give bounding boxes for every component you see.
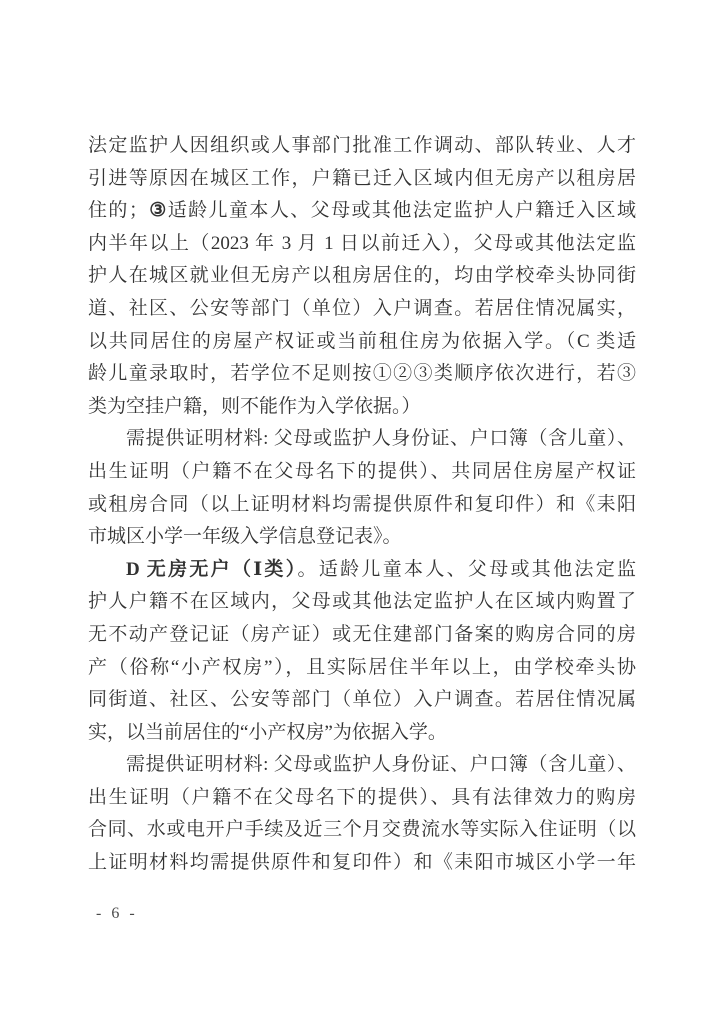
text-segment: 或租房合同（以上证明材料均需提供原件和复印件）和《耒阳	[88, 494, 636, 515]
text-segment: 内半年以上（2023 年 3 月 1 日以前迁入），父母或其他法定监	[88, 233, 636, 254]
text-segment: 护人在城区就业但无房产以租房居住的，均由学校牵头协同街	[88, 265, 636, 286]
text-segment: 法定监护人因组织或人事部门批准工作调动、部队转业、人才	[88, 135, 636, 156]
text-segment: 以共同居住的房屋产权证或当前租住房为依据入学。（C 类适	[88, 331, 636, 352]
text-line: 引进等原因在城区工作，户籍已迁入区域内但无房产以租房居	[88, 163, 636, 196]
text-line: 住的；③适龄儿童本人、父母或其他法定监护人户籍迁入区域	[88, 195, 636, 228]
paragraph: 法定监护人因组织或人事部门批准工作调动、部队转业、人才引进等原因在城区工作，户籍…	[88, 130, 636, 423]
text-segment: 出生证明（户籍不在父母名下的提供）、具有法律效力的购房	[88, 787, 636, 808]
text-segment: 需提供证明材料: 父母或监护人身份证、户口簿（含儿童）、	[126, 428, 636, 449]
text-line: 上证明材料均需提供原件和复印件）和《耒阳市城区小学一年	[88, 847, 636, 880]
text-segment: 道、社区、公安等部门（单位）入户调查。若居住情况属实，	[88, 298, 636, 319]
paragraph: D 无房无户（Ⅰ类）。适龄儿童本人、父母或其他法定监护人户籍不在区域内，父母或其…	[88, 554, 636, 750]
document-content: 法定监护人因组织或人事部门批准工作调动、部队转业、人才引进等原因在城区工作，户籍…	[88, 130, 636, 880]
text-segment: 产（俗称“小产权房”），且实际居住半年以上，由学校牵头协	[88, 657, 636, 678]
text-line: 出生证明（户籍不在父母名下的提供）、具有法律效力的购房	[88, 782, 636, 815]
text-segment-bold: ③	[148, 200, 168, 221]
text-segment: 需提供证明材料: 父母或监护人身份证、户口簿（含儿童）、	[126, 754, 636, 775]
text-line: 内半年以上（2023 年 3 月 1 日以前迁入），父母或其他法定监	[88, 228, 636, 261]
text-line: 护人户籍不在区域内，父母或其他法定监护人在区域内购置了	[88, 586, 636, 619]
text-segment: 引进等原因在城区工作，户籍已迁入区域内但无房产以租房居	[88, 168, 636, 189]
text-segment: 出生证明（户籍不在父母名下的提供）、共同居住房屋产权证	[88, 461, 636, 482]
text-line: 产（俗称“小产权房”），且实际居住半年以上，由学校牵头协	[88, 652, 636, 685]
text-segment: 上证明材料均需提供原件和复印件）和《耒阳市城区小学一年	[88, 852, 636, 873]
text-segment: 同街道、社区、公安等部门（单位）入户调查。若居住情况属	[88, 689, 636, 710]
text-line: 以共同居住的房屋产权证或当前租住房为依据入学。（C 类适	[88, 326, 636, 359]
text-line: 出生证明（户籍不在父母名下的提供）、共同居住房屋产权证	[88, 456, 636, 489]
paragraph: 需提供证明材料: 父母或监护人身份证、户口簿（含儿童）、出生证明（户籍不在父母名…	[88, 749, 636, 879]
text-line: 需提供证明材料: 父母或监护人身份证、户口簿（含儿童）、	[88, 423, 636, 456]
text-segment: 类为空挂户籍，则不能作为入学依据。）	[88, 396, 421, 417]
text-segment: 无不动产登记证（房产证）或无住建部门备案的购房合同的房	[88, 624, 636, 645]
text-line: 同街道、社区、公安等部门（单位）入户调查。若居住情况属	[88, 684, 636, 717]
text-segment: 实，以当前居住的“小产权房”为依据入学。	[88, 722, 447, 743]
text-segment: 市城区小学一年级入学信息登记表》。	[88, 526, 402, 547]
text-line: 护人在城区就业但无房产以租房居住的，均由学校牵头协同街	[88, 260, 636, 293]
document-page: 法定监护人因组织或人事部门批准工作调动、部队转业、人才引进等原因在城区工作，户籍…	[0, 0, 720, 1019]
text-line: 无不动产登记证（房产证）或无住建部门备案的购房合同的房	[88, 619, 636, 652]
text-line: 或租房合同（以上证明材料均需提供原件和复印件）和《耒阳	[88, 489, 636, 522]
text-segment: 住的；	[88, 200, 148, 221]
text-line: 合同、水或电开户手续及近三个月交费流水等实际入住证明（以	[88, 814, 636, 847]
text-line: D 无房无户（Ⅰ类）。适龄儿童本人、父母或其他法定监	[88, 554, 636, 587]
text-segment: 合同、水或电开户手续及近三个月交费流水等实际入住证明（以	[88, 819, 636, 840]
text-line: 类为空挂户籍，则不能作为入学依据。）	[88, 391, 636, 424]
text-segment: 龄儿童录取时，若学位不足则按①②③类顺序依次进行，若③	[88, 363, 636, 384]
text-segment: 护人户籍不在区域内，父母或其他法定监护人在区域内购置了	[88, 591, 636, 612]
text-line: 实，以当前居住的“小产权房”为依据入学。	[88, 717, 636, 750]
paragraph: 需提供证明材料: 父母或监护人身份证、户口簿（含儿童）、出生证明（户籍不在父母名…	[88, 423, 636, 553]
text-line: 需提供证明材料: 父母或监护人身份证、户口簿（含儿童）、	[88, 749, 636, 782]
text-line: 法定监护人因组织或人事部门批准工作调动、部队转业、人才	[88, 130, 636, 163]
text-line: 龄儿童录取时，若学位不足则按①②③类顺序依次进行，若③	[88, 358, 636, 391]
text-segment-bold: D 无房无户（Ⅰ类）	[126, 559, 298, 580]
text-line: 市城区小学一年级入学信息登记表》。	[88, 521, 636, 554]
text-segment: 。适龄儿童本人、父母或其他法定监	[298, 559, 636, 580]
text-line: 道、社区、公安等部门（单位）入户调查。若居住情况属实，	[88, 293, 636, 326]
page-number: - 6 -	[96, 905, 138, 923]
text-segment: 适龄儿童本人、父母或其他法定监护人户籍迁入区域	[168, 200, 636, 221]
